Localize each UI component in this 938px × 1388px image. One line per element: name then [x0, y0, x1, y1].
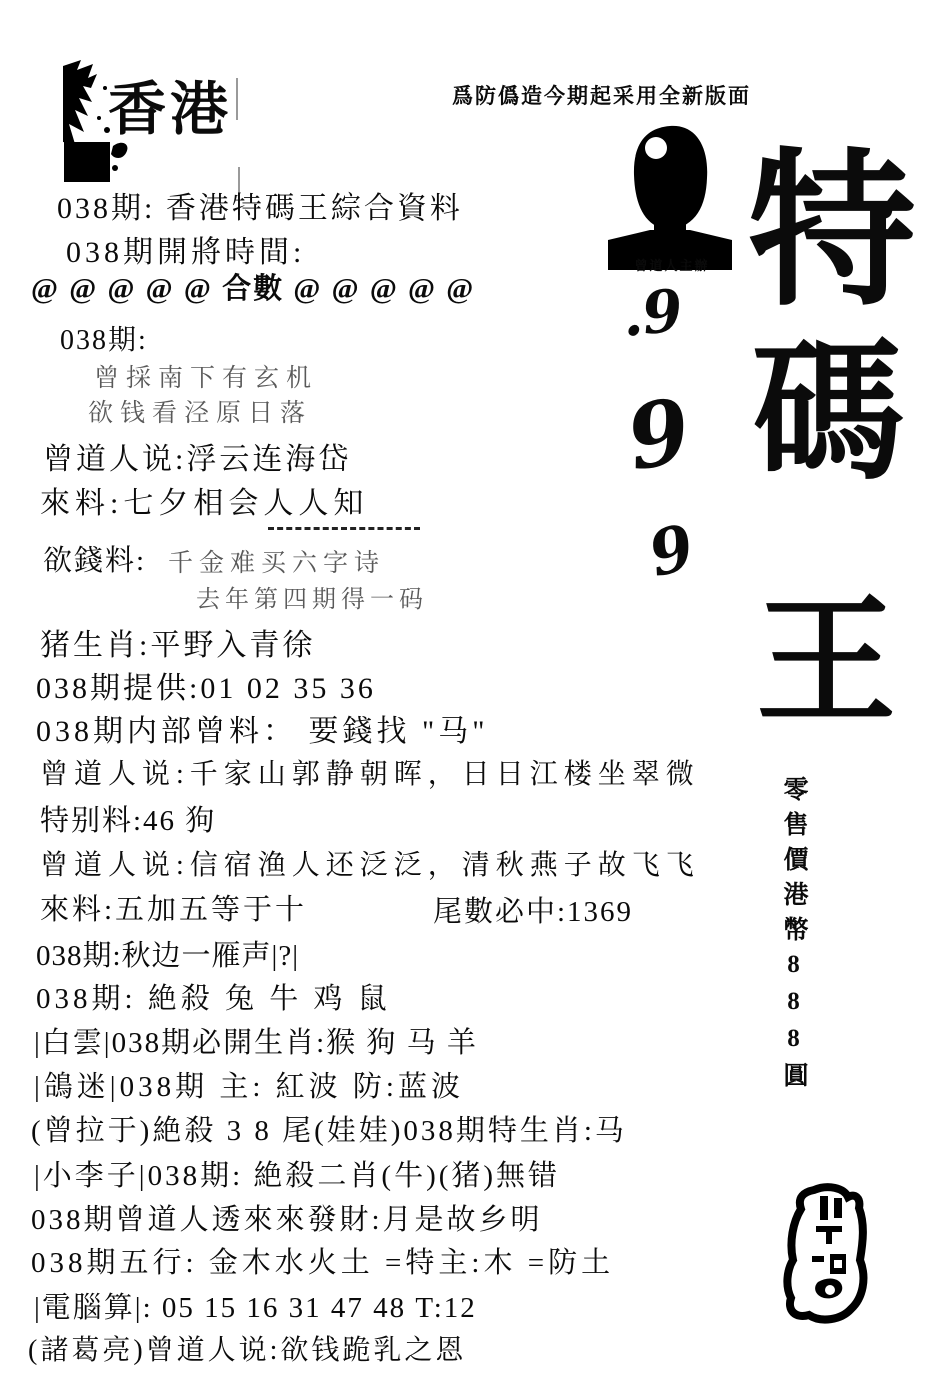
decorative-nine-glyph: 9: [621, 385, 697, 482]
line-issue-label: 038期:: [60, 318, 148, 358]
page-title: 香港: [108, 62, 232, 146]
line-kill-zodiac: 038期: 絶殺 兔 牛 鸡 鼠: [36, 976, 391, 1017]
anti-forgery-notice: 爲防僞造今期起采用全新版面: [452, 80, 751, 110]
line-tail-must-hit: 尾數必中:1369: [433, 889, 633, 930]
line-incoming-tip-2: 來料:五加五等于十: [40, 887, 307, 928]
line-zengdaoren-says-2: 曾道人说:千家山郭静朝晖，日日江楼坐翠微: [40, 752, 700, 792]
line-computer-calculation: |電腦算|: 05 15 16 31 47 48 T:12: [34, 1285, 477, 1326]
retail-price-vertical: 零售價港幣888圓: [781, 776, 806, 1176]
line-zodiac-guess: 猪生肖:平野入青徐: [40, 620, 315, 664]
line-poem-2: 欲钱看泾原日落: [88, 393, 312, 429]
dashed-rule: [268, 527, 420, 530]
line-poem-1: 曾採南下有玄机: [94, 358, 318, 394]
line-zengdaoren-says-1: 曾道人说:浮云连海岱: [43, 434, 351, 478]
decorative-nine-glyph: 9: [643, 516, 700, 587]
line-internal-tip: 038期内部曾料： 要錢找 "马": [36, 706, 489, 750]
line-xiaolizi-tip: |小李子|038期: 絶殺二肖(牛)(猪)無错: [34, 1153, 560, 1194]
scan-artifact-line: [236, 78, 238, 120]
masthead-char-wang: 王: [756, 592, 852, 732]
line-zengla-tip: (曾拉于)絶殺 3 8 尾(娃娃)038期特生肖:马: [31, 1108, 627, 1149]
line-issue-poem: 038期:秋边一雁声|?|: [36, 933, 299, 974]
decorative-nine-glyph: .9: [619, 281, 685, 345]
portrait-caption: 曾道人主辦: [604, 255, 740, 274]
line-draw-time: 038期開將時間:: [66, 227, 305, 271]
line-gemi-tip: |鴿迷|038期 主: 紅波 防:蓝波: [34, 1064, 464, 1105]
portrait-silhouette-icon: [600, 120, 740, 272]
masthead-char-ma: 碼: [752, 336, 848, 488]
line-money-tip-label: 欲錢料:: [43, 538, 146, 579]
line-numbers-offered: 038期提供:01 02 35 36: [36, 663, 376, 707]
line-special-tip: 特别料:46 狗: [40, 798, 216, 839]
line-facai-tip: 038期曾道人透來來發財:月是故乡明: [31, 1197, 543, 1238]
line-at-symbols-row: @ @ @ @ @ 合數 @ @ @ @ @: [31, 266, 475, 307]
line-issue-title: 038期: 香港特碼王綜合資料: [57, 183, 463, 227]
scanned-lottery-sheet: 香港 爲防僞造今期起采用全新版面 曾道人主辦 .9 9 9 特 碼 王 零售價港…: [0, 0, 938, 1388]
seal-stamp-icon: [782, 1182, 878, 1330]
line-five-elements-tip: 038期五行: 金木水火土 =特主:木 =防土: [31, 1240, 614, 1281]
line-money-tip-note: 去年第四期得一码: [196, 579, 428, 614]
masthead-char-te: 特: [748, 146, 844, 314]
line-incoming-tip-1: 來料:七夕相会人人知: [40, 478, 368, 522]
line-baiyun-tip: |白雲|038期必開生肖:猴 狗 马 羊: [34, 1020, 478, 1061]
line-zhugeliang-tip: (諸葛亮)曾道人说:欲钱跪乳之恩: [28, 1328, 466, 1368]
line-zengdaoren-says-3: 曾道人说:信宿渔人还泛泛，清秋燕子故飞飞: [40, 843, 700, 883]
line-money-tip-value: 千金难买六字诗: [168, 543, 385, 579]
